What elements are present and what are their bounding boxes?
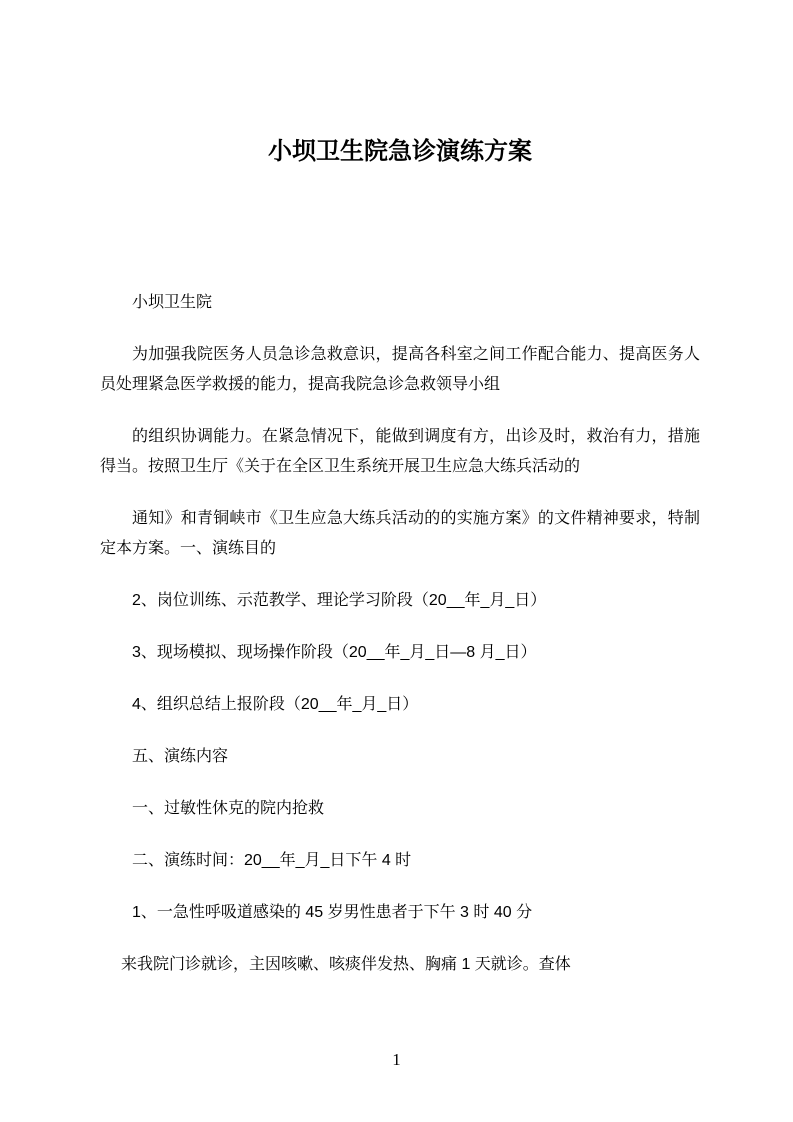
paragraph-section-5-heading: 五、演练内容 — [100, 742, 700, 772]
paragraph-drill-item-1: 一、过敏性休克的院内抢救 — [100, 794, 700, 824]
page-number: 1 — [0, 1048, 793, 1072]
document-page: 小坝卫生院急诊演练方案 小坝卫生院 为加强我院医务人员急诊急救意识，提高各科室之… — [0, 0, 793, 1122]
paragraph-case-1-cont: 来我院门诊就诊，主因咳嗽、咳痰伴发热、胸痛 1 天就诊。查体 — [100, 950, 700, 980]
paragraph-hospital-name: 小坝卫生院 — [100, 288, 700, 318]
paragraph-intro-2: 的组织协调能力。在紧急情况下，能做到调度有方，出诊及时，救治有力，措施得当。按照… — [100, 422, 700, 482]
paragraph-intro-3: 通知》和青铜峡市《卫生应急大练兵活动的的实施方案》的文件精神要求，特制定本方案。… — [100, 504, 700, 564]
document-body: 小坝卫生院 为加强我院医务人员急诊急救意识，提高各科室之间工作配合能力、提高医务… — [100, 288, 700, 980]
paragraph-intro-1: 为加强我院医务人员急诊急救意识，提高各科室之间工作配合能力、提高医务人员处理紧急… — [100, 340, 700, 400]
document-title: 小坝卫生院急诊演练方案 — [100, 136, 700, 168]
paragraph-stage-4: 4、组织总结上报阶段（20__年_月_日） — [100, 690, 700, 720]
paragraph-drill-time: 二、演练时间：20__年_月_日下午 4 时 — [100, 846, 700, 876]
paragraph-case-1: 1、一急性呼吸道感染的 45 岁男性患者于下午 3 时 40 分 — [100, 898, 700, 928]
paragraph-stage-2: 2、岗位训练、示范教学、理论学习阶段（20__年_月_日） — [100, 586, 700, 616]
paragraph-stage-3: 3、现场模拟、现场操作阶段（20__年_月_日—8 月_日） — [100, 638, 700, 668]
